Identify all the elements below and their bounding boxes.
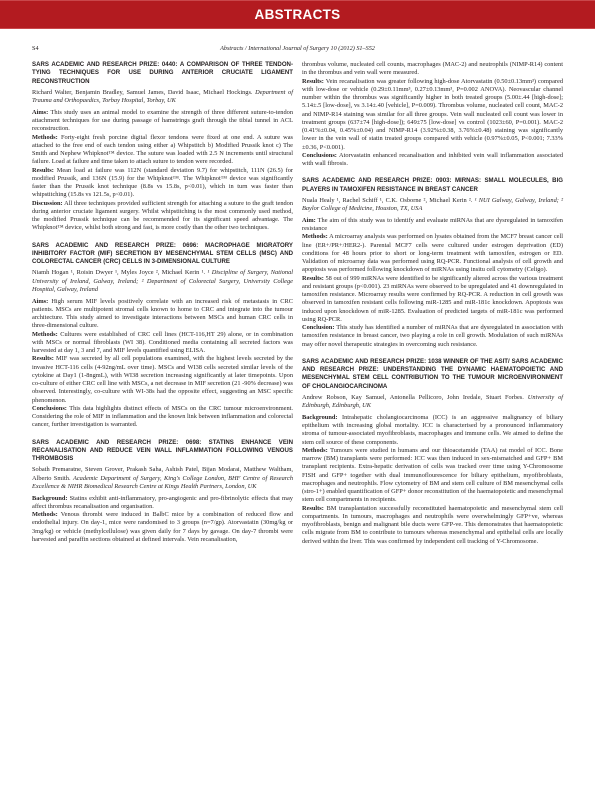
continued-text: thrombus volume, nucleated cell counts, … [302,61,563,78]
section-label: Results: [32,167,54,174]
section-label: Methods: [302,233,328,240]
section-aims: Aims: High serum MIF levels positively c… [32,298,293,331]
section-label: Conclusions: [32,405,67,412]
section-methods: Methods: Forty-eight fresh porcine digit… [32,134,293,167]
section-label: Background: [32,495,68,502]
banner-title: ABSTRACTS [255,7,341,22]
section-text: High serum MIF levels positively correla… [32,298,293,330]
author-line: Niamh Hogan ¹, Roisin Dwyer ¹, Myles Joy… [32,269,293,294]
running-head: S4 Abstracts / International Journal of … [32,45,563,57]
section-label: Methods: [32,134,58,141]
section-text: Venous thrombi were induced in BalbC mic… [32,511,293,543]
abstract-0903: SARS ACADEMIC AND RESEARCH PRIZE: 0903: … [302,177,563,349]
abstract-title: SARS ACADEMIC AND RESEARCH PRIZE: 0696: … [32,242,293,267]
section-label: Discussion: [32,200,63,207]
section-aim: Aim: The aim of this study was to identi… [302,217,563,234]
section-background: Background: Statins exhibit anti-inflamm… [32,495,293,512]
section-conclusion: Conclusion: This study has identified a … [302,324,563,349]
section-results: Results: Vein recanalisation was greater… [302,78,563,152]
section-label: Aims: [32,298,48,305]
abstracts-banner: ABSTRACTS [0,0,595,29]
section-text: This study has identified a number of mi… [302,324,563,348]
section-text: Cultures were established of CRC cell li… [32,331,293,355]
section-methods: Methods: Cultures were established of CR… [32,331,293,356]
section-methods: Methods: Tumours were studied in humans … [302,447,563,505]
section-results: Results: BM transplantation successfully… [302,505,563,546]
section-label: Results: [302,78,324,85]
authors: Niamh Hogan ¹, Roisin Dwyer ¹, Myles Joy… [32,269,205,276]
abstract-1038: SARS ACADEMIC AND RESEARCH PRIZE: 1038 W… [302,358,563,546]
section-methods: Methods: Venous thrombi were induced in … [32,511,293,544]
abstract-title: SARS ACADEMIC AND RESEARCH PRIZE: 1038 W… [302,358,563,391]
section-label: Conclusion: [302,324,334,331]
section-label: Methods: [32,511,58,518]
section-results: Results: 58 out of 999 miRNAs were ident… [302,275,563,325]
abstract-0696: SARS ACADEMIC AND RESEARCH PRIZE: 0696: … [32,242,293,430]
section-label: Results: [32,355,54,362]
section-results: Results: MIF was secreted by all cell po… [32,355,293,405]
section-text: Statins exhibit anti-inflammatory, pro-a… [32,495,293,510]
journal-reference: Abstracts / International Journal of Sur… [32,45,563,52]
section-background: Background: Intrahepatic cholangiocarcin… [302,414,563,447]
section-aims: Aims: This study uses an animal model to… [32,109,293,134]
right-column: thrombus volume, nucleated cell counts, … [302,61,563,555]
section-conclusions: Conclusions: Atorvastatin enhanced recan… [302,152,563,169]
section-text: 58 out of 999 miRNAs were identified to … [302,275,563,323]
author-line: Nuala Healy ¹, Rachel Schiff ¹, C.K. Osb… [302,197,563,214]
section-discussion: Discussion: All three techniques provide… [32,200,293,233]
left-column: SARS ACADEMIC AND RESEARCH PRIZE: 0440: … [32,61,293,553]
affiliation: Academic Department of Surgery, King's C… [32,475,293,490]
section-label: Background: [302,414,338,421]
abstract-0440: SARS ACADEMIC AND RESEARCH PRIZE: 0440: … [32,61,293,233]
section-text: Tumours were studied in humans and our t… [302,447,563,504]
section-text: This study uses an animal model to exami… [32,109,293,133]
abstract-title: SARS ACADEMIC AND RESEARCH PRIZE: 0440: … [32,61,293,86]
section-label: Conclusions: [302,152,337,159]
authors: Andrew Robson, Kay Samuel, Antonella Pel… [302,394,524,401]
section-label: Results: [302,275,324,282]
section-text: Forty-eight fresh porcine digital flexor… [32,134,293,166]
abstract-0698: SARS ACADEMIC AND RESEARCH PRIZE: 0698: … [32,439,293,545]
section-methods: Methods: A microarray analysis was perfo… [302,233,563,274]
author-line: Sobath Premaratne, Steven Grover, Prakas… [32,466,293,491]
section-label: Aim: [302,217,316,224]
section-text: All three techniques provided sufficient… [32,200,293,232]
abstract-title: SARS ACADEMIC AND RESEARCH PRIZE: 0698: … [32,439,293,464]
abstract-0698-continued: thrombus volume, nucleated cell counts, … [302,61,563,168]
section-results: Results: Mean load at failure was 112N (… [32,167,293,200]
section-text: Mean load at failure was 112N (standard … [32,167,293,199]
section-label: Aims: [32,109,48,116]
section-label: Methods: [32,331,58,338]
section-text: This data highlights distinct effects of… [32,405,293,429]
section-label: Results: [302,505,324,512]
section-text: Atorvastatin enhanced recanalisation and… [302,152,563,167]
section-label: Methods: [302,447,328,454]
author-line: Andrew Robson, Kay Samuel, Antonella Pel… [302,394,563,411]
section-text: The aim of this study was to identify an… [302,217,563,232]
section-text: A microarray analysis was performed on l… [302,233,563,273]
section-text: Vein recanalisation was greater followin… [302,78,563,151]
section-text: MIF was secreted by all cell populations… [32,355,293,403]
section-conclusions: Conclusions: This data highlights distin… [32,405,293,430]
section-text: BM transplantation successfully reconsti… [302,505,563,545]
abstract-title: SARS ACADEMIC AND RESEARCH PRIZE: 0903: … [302,177,563,194]
section-text: Intrahepatic cholangiocarcinoma (ICC) is… [302,414,563,446]
authors: Richard Walter, Benjamin Bradley, Samuel… [32,89,253,96]
authors: Nuala Healy ¹, Rachel Schiff ¹, C.K. Osb… [302,197,472,204]
author-line: Richard Walter, Benjamin Bradley, Samuel… [32,89,293,106]
